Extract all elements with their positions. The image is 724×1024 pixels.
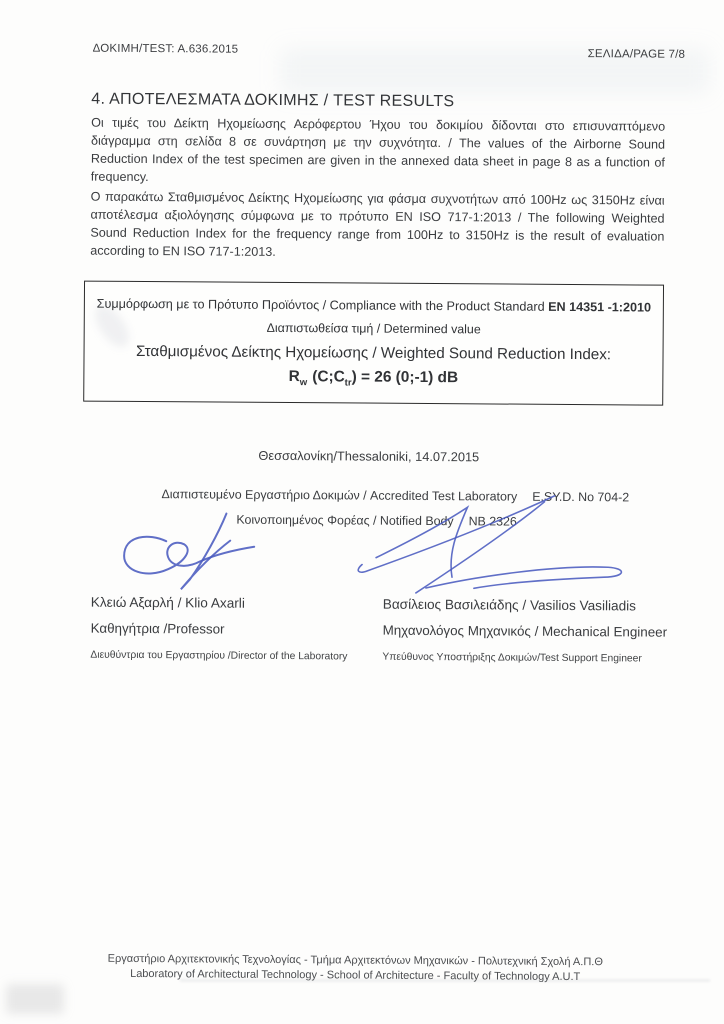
place-date-line: Θεσσαλονίκη/Thessaloniki, 14.07.2015 xyxy=(7,446,724,466)
result-symbol: R xyxy=(289,368,300,385)
weighted-index-label: Σταθμισμένος Δείκτης Ηχομείωσης / Weight… xyxy=(84,343,662,364)
paragraph-results-intro: Οι τιμές του Δείκτη Ηχομείωσης Αερόφερτο… xyxy=(91,114,665,190)
signatory-right-name: Βασίλειος Βασιλειάδης / Vasilios Vasilia… xyxy=(383,597,683,614)
product-standard: EN 14351 -1:2010 xyxy=(548,300,651,315)
test-number-label: ΔΟΚΙΜΗ/TEST: A.636.2015 xyxy=(93,43,239,56)
paragraph-evaluation-method: Ο παρακάτω Σταθμισμένος Δείκτης Ηχομείωσ… xyxy=(90,188,664,264)
signatory-left-title: Καθηγήτρια /Professor xyxy=(91,621,391,638)
result-value: Rw(C;Ctr) = 26 (0;-1) dB xyxy=(84,367,662,391)
result-symbol-subscript: w xyxy=(300,377,307,388)
determined-value-label: Διαπιστωθείσα τιμή / Determined value xyxy=(85,320,663,338)
result-args: (C;C xyxy=(312,368,345,385)
compliance-label: Συμμόρφωση με το Πρότυπο Προϊόντος / Com… xyxy=(97,297,545,314)
compliance-line: Συμμόρφωση με το Πρότυπο Προϊόντος / Com… xyxy=(85,297,663,315)
section-title: 4. ΑΠΟΤΕΛΕΣΜΑΤΑ ΔΟΚΙΜΗΣ / TEST RESULTS xyxy=(91,91,454,112)
signatory-left-name: Κλειώ Αξαρλή / Klio Axarli xyxy=(91,595,391,612)
signatory-left-role: Διευθύντρια του Εργαστηρίου /Director of… xyxy=(90,650,390,663)
result-box: Συμμόρφωση με το Πρότυπο Προϊόντος / Com… xyxy=(83,281,664,406)
signatory-right-role: Υπεύθυνος Υποστήριξης Δοκιμών/Test Suppo… xyxy=(382,652,682,665)
scanned-content: ΔΟΚΙΜΗ/TEST: A.636.2015 ΣΕΛΙΔΑ/PAGE 7/8 … xyxy=(0,0,724,1024)
signature-right xyxy=(346,487,642,604)
signatory-right-title: Μηχανολόγος Μηχανικός / Mechanical Engin… xyxy=(383,623,683,640)
signatory-left: Κλειώ Αξαρλή / Klio Axarli Καθηγήτρια /P… xyxy=(90,595,390,663)
page-number-label: ΣΕΛΙΔΑ/PAGE 7/8 xyxy=(588,48,686,61)
signatory-right: Βασίλειος Βασιλειάδης / Vasilios Vasilia… xyxy=(382,597,682,665)
result-number: ) = 26 (0;-1) dB xyxy=(352,368,459,386)
footer: Εργαστήριο Αρχιτεκτονικής Τεχνολογίας - … xyxy=(0,951,717,985)
document-page: ΔΟΚΙΜΗ/TEST: A.636.2015 ΣΕΛΙΔΑ/PAGE 7/8 … xyxy=(0,0,724,1024)
signature-left xyxy=(94,511,260,597)
